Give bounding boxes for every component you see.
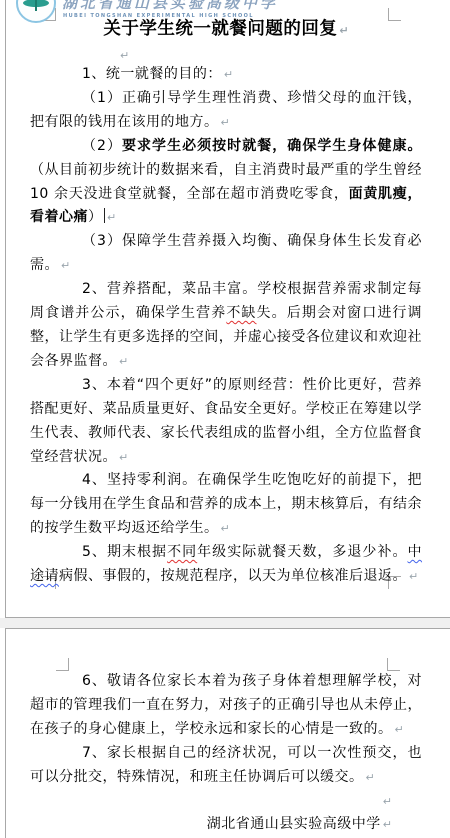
empty-paragraph[interactable]: ↵ xyxy=(30,790,422,814)
signature-text: 湖北省通山县实验高级中学 xyxy=(207,816,381,832)
paragraph-text: 1、统一就餐的目的： xyxy=(82,66,222,82)
paragraph-7[interactable]: 4、坚持零利润。在确保学生吃饱吃好的前提下，把每一分钱用在学生食品和营养的成本上… xyxy=(30,469,422,541)
paragraph-2[interactable]: （1）正确引导学生理性消费、珍惜父母的血汗钱，把有限的钱用在该用的地方。↵ xyxy=(30,87,422,135)
paragraph-mark: ↵ xyxy=(119,451,128,464)
paragraph-mark: ↵ xyxy=(120,49,129,62)
text-cursor xyxy=(104,208,106,223)
paragraph-mark: ↵ xyxy=(383,818,392,831)
run-bold: 要求学生必须按时就餐，确保学生身体健康。 xyxy=(122,138,422,154)
paragraph-mark: ↵ xyxy=(107,211,116,224)
paragraph-mark: ↵ xyxy=(221,116,230,129)
paragraph-mark: ↵ xyxy=(383,795,392,808)
paragraph-mark: ↵ xyxy=(366,771,375,784)
empty-paragraph: ↵ xyxy=(118,44,129,63)
paragraph-text: 3、本着“四个更好”的原则经营：性价比更好，营养搭配更好、菜品质量更好、食品安全… xyxy=(30,377,422,465)
run-regular: 病假、事假的，按规范程序，以天为单位核准后退返。 xyxy=(59,568,407,584)
paragraph-4[interactable]: （3）保障学生营养摄入均衡、确保身体生长发育必需。↵ xyxy=(30,230,422,278)
paragraph-mark: ↵ xyxy=(221,522,230,535)
run-regular: 年级实际就餐天数，多退少补。 xyxy=(197,544,407,560)
paragraph-1[interactable]: 1、统一就餐的目的：↵ xyxy=(30,63,422,87)
paragraph-9[interactable]: 6、敬请各位家长本着为孩子身体着想理解学校，对超市的管理我们一直在努力，对孩子的… xyxy=(30,670,422,742)
run-spellcheck-red: 不同 xyxy=(167,544,197,560)
school-name-stylized: 湖北省通山县实验高级中学 xyxy=(62,0,278,13)
paragraph-10[interactable]: 7、家长根据自己的经济状况，可以一次性预交，也可以分批交，特殊情况，和班主任协调… xyxy=(30,742,422,790)
paragraph-mark: ↵ xyxy=(61,259,70,272)
document-title: 关于学生统一就餐问题的回复↵ xyxy=(30,15,422,40)
paragraph-mark: ↵ xyxy=(339,24,348,37)
paragraph-mark: ↵ xyxy=(395,723,404,736)
run-regular: ） xyxy=(88,209,103,225)
paragraph-3[interactable]: （2）要求学生必须按时就餐，确保学生身体健康。（从目前初步统计的数据来看，自主消… xyxy=(30,135,422,231)
paragraph-text: 6、敬请各位家长本着为孩子身体着想理解学校，对超市的管理我们一直在努力，对孩子的… xyxy=(30,673,422,737)
run-spellcheck-red: 不缺 xyxy=(226,305,256,321)
paragraph-6[interactable]: 3、本着“四个更好”的原则经营：性价比更好，营养搭配更好、菜品质量更好、食品安全… xyxy=(30,374,422,470)
page2-text-area[interactable]: 6、敬请各位家长本着为孩子身体着想理解学校，对超市的管理我们一直在努力，对孩子的… xyxy=(30,670,422,837)
paragraph-text: （3）保障学生营养摄入均衡、确保身体生长发育必需。 xyxy=(30,233,422,273)
paragraph-text: 7、家长根据自己的经济状况，可以一次性预交，也可以分批交，特殊情况，和班主任协调… xyxy=(30,745,422,785)
document-viewer: 湖北省通山县实验高级中学 HUBEI TONGSHAN EXPERIMENTAL… xyxy=(0,0,450,838)
paragraph-mark: ↵ xyxy=(119,355,128,368)
paragraph-mark: ↵ xyxy=(409,570,418,583)
crest-emblem-stem xyxy=(35,0,37,11)
paragraph-mark: ↵ xyxy=(224,68,233,81)
signature-paragraph[interactable]: 湖北省通山县实验高级中学↵ xyxy=(30,813,422,837)
run-regular: （2） xyxy=(82,138,122,154)
run-regular: 5、期末根据 xyxy=(82,544,167,560)
page1-text-area[interactable]: 1、统一就餐的目的：↵ （1）正确引导学生理性消费、珍惜父母的血汗钱，把有限的钱… xyxy=(30,63,422,589)
page-2[interactable]: 6、敬请各位家长本着为孩子身体着想理解学校，对超市的管理我们一直在努力，对孩子的… xyxy=(5,628,450,838)
title-text: 关于学生统一就餐问题的回复 xyxy=(103,19,337,39)
page-1[interactable]: 湖北省通山县实验高级中学 HUBEI TONGSHAN EXPERIMENTAL… xyxy=(5,0,450,618)
paragraph-5[interactable]: 2、营养搭配，菜品丰富。学校根据营养需求制定每周食谱并公示，确保学生营养不缺失。… xyxy=(30,278,422,374)
page-break-gap xyxy=(0,618,450,628)
paragraph-8[interactable]: 5、期末根据不同年级实际就餐天数，多退少补。中途请病假、事假的，按规范程序，以天… xyxy=(30,541,422,589)
